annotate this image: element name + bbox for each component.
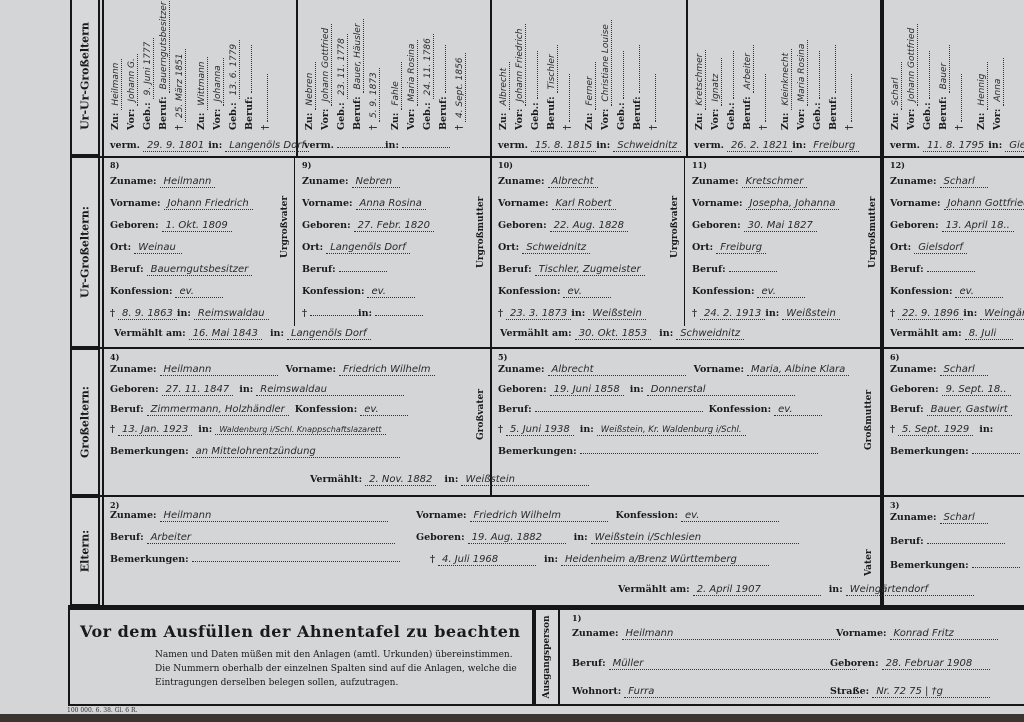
person-card-2: 2) Zuname:Heilmann Vorname:Friedrich Wil… (104, 498, 880, 605)
person-card-6: 6) Zuname:Scharl Geboren:9. Sept. 18.. B… (884, 350, 1024, 495)
person-card-11: 11) Zuname:Kretschmer Vorname:Josepha, J… (686, 158, 880, 328)
generation-label-eltern: Eltern: (70, 496, 100, 606)
ur-ur-block-2: Zu:Nebren Vor:Johann Gottfried Geb.:23. … (298, 0, 490, 156)
person-card-8: 8) Zuname:Heilmann Vorname:Johann Friedr… (104, 158, 294, 328)
person-card-12: 12) Zuname:Scharl Vorname:Johann Gottfri… (884, 158, 1024, 328)
ausgangsperson-beruf: Beruf:Müller (572, 658, 857, 670)
person-card-9: 9) Zuname:Nebren Vorname:Anna Rosina Geb… (296, 158, 490, 328)
instructions-note-3: Eintragungen derselben belegen sollen, a… (155, 678, 398, 688)
ausgangsperson-zuname: Zuname:Heilmann (572, 628, 840, 640)
frame-line (100, 347, 1024, 349)
ausgangsperson-vorname: Vorname:Konrad Fritz (836, 628, 998, 640)
generation-label-ur-grosseltern: Ur-Großeltern: (70, 156, 100, 348)
frame-line (98, 0, 100, 606)
ausgangsperson-wohnort: Wohnort:Furra (572, 686, 862, 698)
ur-ur-block-5: Zu:Scharl Vor:Johann Gottfried Geb.: Ber… (884, 0, 1024, 156)
ur-ur-block-1: Zu:Heilmann Vor:Johann G. Geb.:9. Juni 1… (104, 0, 296, 156)
marriage-row-10-11: Vermählt am:30. Okt. 1853in:Schweidnitz (500, 328, 744, 340)
ur-ur-block-3: Zu:Albrecht Vor:Johann Friedrich Geb.: B… (492, 0, 686, 156)
marriage-row-8-9: Vermählt am:16. Mai 1843in:Langenöls Dor… (114, 328, 371, 340)
marriage-row-12-13: Vermählt am:8. Juli (890, 328, 1013, 340)
grosseltern-marriage-row: Vermählt:2. Nov. 1882in:Weißstein (310, 474, 589, 486)
scan-edge (0, 714, 1024, 722)
instructions-title: Vor dem Ausfüllen der Ahnentafel zu beac… (80, 622, 521, 641)
ausgangsperson-geboren: Geboren:28. Februar 1908 (830, 658, 990, 670)
instructions-note-2: Die Nummern oberhalb der einzelnen Spalt… (155, 664, 517, 674)
frame-line (684, 158, 685, 326)
instructions-note-1: Namen und Daten müßen mit den Anlagen (a… (155, 650, 513, 660)
person-card-10: 10) Zuname:Albrecht Vorname:Karl Robert … (492, 158, 684, 328)
person-card-5: 5) Zuname:AlbrechtVorname:Maria, Albine … (492, 350, 880, 470)
print-mark: 100 000. 6. 38. Gl. 6 R. (67, 707, 137, 714)
ausgangsperson-strasse: Straße:Nr. 72 75 | †g (830, 686, 990, 698)
ausgangsperson-label: Ausgangsperson (534, 608, 560, 706)
frame-line (100, 495, 1024, 497)
ahnentafel-page: Ur-Ur-Großeltern Ur-Großeltern: Großelte… (0, 0, 1024, 722)
person-card-3: 3) Zuname:Scharl Beruf: Bemerkungen: (884, 498, 1024, 578)
ur-ur-block-4: Zu:Kretschmer Vor:Ignatz Geb.: Beruf:Arb… (688, 0, 880, 156)
generation-label-ur-ur-grosseltern: Ur-Ur-Großeltern (70, 0, 100, 156)
generation-label-grosseltern: Großeltern: (70, 348, 100, 496)
frame-line (294, 158, 295, 326)
